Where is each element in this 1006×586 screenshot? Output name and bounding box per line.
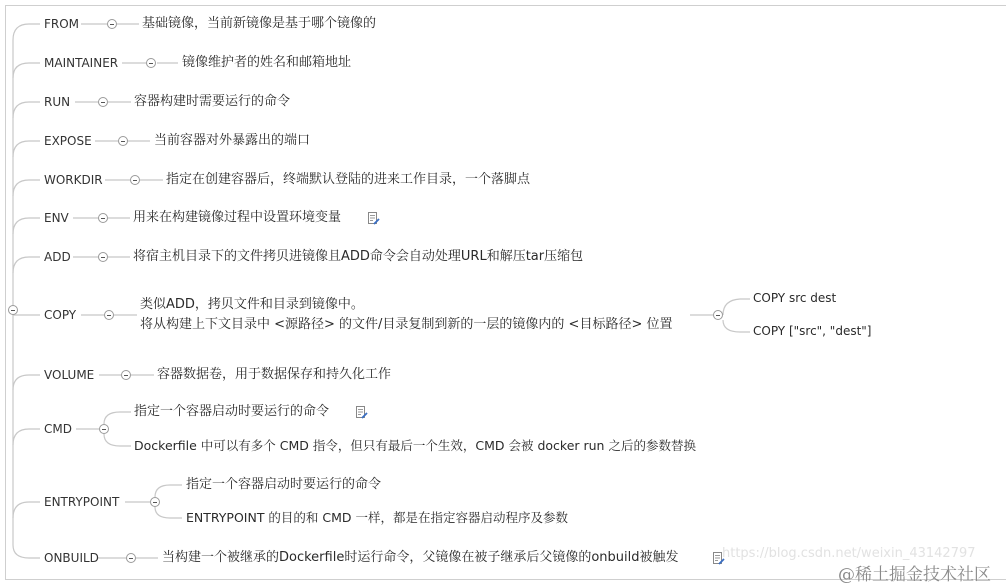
node-onbuild[interactable]: ONBUILD (44, 550, 99, 566)
node-cmd[interactable]: CMD (44, 421, 72, 437)
maintainer-description[interactable]: 镜像维护者的姓名和邮箱地址 (182, 54, 351, 71)
maintainer-collapse-toggle[interactable] (146, 58, 156, 68)
volume-collapse-toggle[interactable] (121, 370, 131, 380)
from-description[interactable]: 基础镜像，当前新镜像是基于哪个镜像的 (142, 15, 376, 32)
copy-syntax-1[interactable]: COPY src dest (753, 290, 836, 307)
cmd-description-1[interactable]: 指定一个容器启动时要运行的命令 (134, 403, 329, 420)
copy-desc-collapse-toggle[interactable] (713, 310, 723, 320)
expose-description[interactable]: 当前容器对外暴露出的端口 (154, 132, 310, 149)
node-env[interactable]: ENV (44, 210, 69, 226)
entrypoint-description-1[interactable]: 指定一个容器启动时要运行的命令 (186, 476, 381, 493)
copy-collapse-toggle[interactable] (104, 310, 114, 320)
workdir-description[interactable]: 指定在创建容器后，终端默认登陆的进来工作目录，一个落脚点 (166, 171, 530, 188)
node-maintainer[interactable]: MAINTAINER (44, 55, 118, 71)
add-collapse-toggle[interactable] (98, 252, 108, 262)
node-volume[interactable]: VOLUME (44, 367, 94, 383)
onbuild-collapse-toggle[interactable] (126, 553, 136, 563)
node-entrypoint[interactable]: ENTRYPOINT (44, 494, 119, 510)
volume-description[interactable]: 容器数据卷，用于数据保存和持久化工作 (157, 366, 391, 383)
node-from[interactable]: FROM (44, 16, 79, 32)
env-collapse-toggle[interactable] (98, 213, 108, 223)
node-add[interactable]: ADD (44, 249, 71, 265)
onbuild-description[interactable]: 当构建一个被继承的Dockerfile时运行命令，父镜像在被子继承后父镜像的on… (162, 549, 678, 566)
from-collapse-toggle[interactable] (107, 19, 117, 29)
env-description[interactable]: 用来在构建镜像过程中设置环境变量 (133, 209, 341, 226)
cmd-collapse-toggle[interactable] (99, 424, 109, 434)
add-description[interactable]: 将宿主机目录下的文件拷贝进镜像且ADD命令会自动处理URL和解压tar压缩包 (133, 248, 583, 265)
expose-collapse-toggle[interactable] (118, 136, 128, 146)
entrypoint-description-2[interactable]: ENTRYPOINT 的目的和 CMD 一样，都是在指定容器启动程序及参数 (186, 509, 568, 526)
url-watermark: https://blog.csdn.net/weixin_43142797 (722, 546, 976, 561)
run-collapse-toggle[interactable] (98, 97, 108, 107)
note-icon[interactable] (356, 406, 368, 419)
root-collapse-toggle[interactable] (8, 305, 18, 315)
entrypoint-collapse-toggle[interactable] (150, 497, 160, 507)
node-workdir[interactable]: WORKDIR (44, 172, 103, 188)
workdir-collapse-toggle[interactable] (130, 175, 140, 185)
copy-description-line-2[interactable]: 将从构建上下文目录中 <源路径> 的文件/目录复制到新的一层的镜像内的 <目标路… (140, 316, 672, 333)
node-expose[interactable]: EXPOSE (44, 133, 92, 149)
site-watermark: @稀土掘金技术社区 (838, 560, 991, 585)
cmd-description-2[interactable]: Dockerfile 中可以有多个 CMD 指令，但只有最后一个生效，CMD 会… (134, 437, 696, 454)
node-run[interactable]: RUN (44, 94, 70, 110)
note-icon[interactable] (368, 212, 380, 225)
run-description[interactable]: 容器构建时需要运行的命令 (134, 93, 290, 110)
node-copy[interactable]: COPY (44, 307, 76, 323)
copy-syntax-2[interactable]: COPY ["src", "dest"] (753, 323, 872, 340)
copy-description-line-1[interactable]: 类似ADD，拷贝文件和目录到镜像中。 (140, 296, 364, 313)
